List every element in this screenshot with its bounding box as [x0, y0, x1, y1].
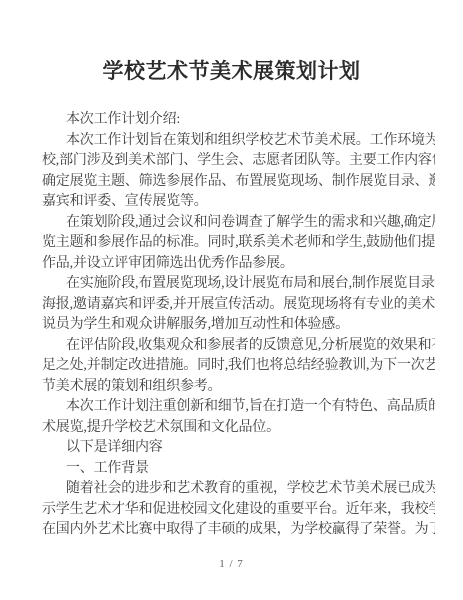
text-line: 足之处,并制定改进措施。同时,我们也将总结经验教训,为下一次艺术	[42, 356, 435, 377]
text-line: 校,部门涉及到美术部门、学生会、志愿者团队等。主要工作内容包括	[42, 151, 435, 172]
document-title: 学校艺术节美术展策划计划	[0, 58, 463, 84]
page-number: 1 / 7	[0, 558, 463, 570]
text-line: 作品,并设立评审团筛选出优秀作品参展。	[42, 254, 435, 275]
text-line: 术展览,提升学校艺术氛围和文化品位。	[42, 418, 435, 439]
text-line: 本次工作计划旨在策划和组织学校艺术节美术展。工作环境为学	[42, 131, 435, 152]
text-line: 在国内外艺术比赛中取得了丰硕的成果，为学校赢得了荣誉。为了进	[42, 520, 435, 541]
text-line: 确定展览主题、筛选参展作品、布置展览现场、制作展览目录、邀请	[42, 172, 435, 193]
text-line: 一、工作背景	[42, 459, 435, 480]
text-line: 览主题和参展作品的标准。同时,联系美术老师和学生,鼓励他们提交	[42, 233, 435, 254]
text-line: 在评估阶段,收集观众和参展者的反馈意见,分析展览的效果和不	[42, 336, 435, 357]
text-line: 在实施阶段,布置展览现场,设计展览布局和展台,制作展览目录和	[42, 274, 435, 295]
text-line: 以下是详细内容	[42, 438, 435, 459]
text-line: 本次工作计划介绍:	[42, 110, 435, 131]
text-line: 说员为学生和观众讲解服务,增加互动性和体验感。	[42, 315, 435, 336]
document-page: 学校艺术节美术展策划计划 本次工作计划介绍:本次工作计划旨在策划和组织学校艺术节…	[0, 0, 463, 600]
text-line: 示学生艺术才华和促进校园文化建设的重要平台。近年来，我校学生	[42, 500, 435, 521]
document-body: 本次工作计划介绍:本次工作计划旨在策划和组织学校艺术节美术展。工作环境为学校,部…	[42, 110, 435, 541]
text-line: 嘉宾和评委、宣传展览等。	[42, 192, 435, 213]
text-line: 海报,邀请嘉宾和评委,并开展宣传活动。展览现场将有专业的美术解	[42, 295, 435, 316]
text-line: 在策划阶段,通过会议和问卷调查了解学生的需求和兴趣,确定展	[42, 213, 435, 234]
text-line: 节美术展的策划和组织参考。	[42, 377, 435, 398]
text-line: 本次工作计划注重创新和细节,旨在打造一个有特色、高品质的美	[42, 397, 435, 418]
text-line: 随着社会的进步和艺术教育的重视，学校艺术节美术展已成为展	[42, 479, 435, 500]
